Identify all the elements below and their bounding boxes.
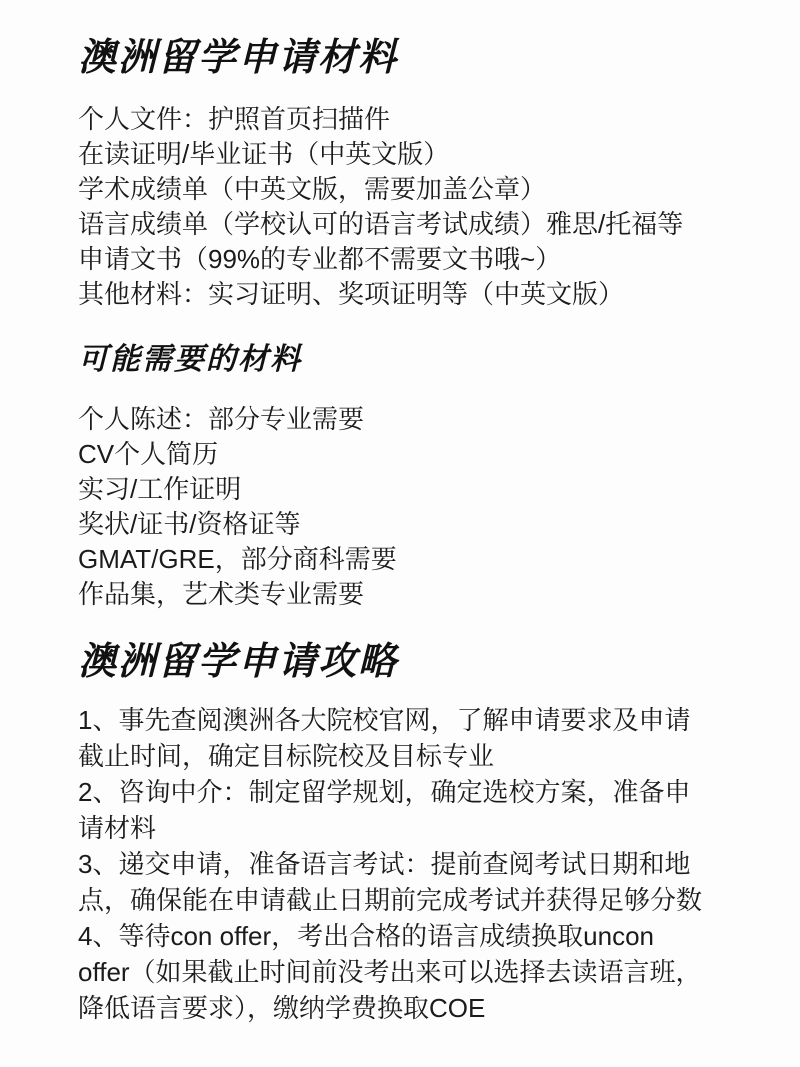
list-item: GMAT/GRE，部分商科需要 <box>78 542 718 577</box>
list-item: 在读证明/毕业证书（中英文版） <box>78 137 718 172</box>
list-item: 实习/工作证明 <box>78 472 718 507</box>
application-guide-steps: 1、事先查阅澳洲各大院校官网，了解申请要求及申请截止时间，确定目标院校及目标专业… <box>78 702 712 1026</box>
possible-materials-list: 个人陈述：部分专业需要 CV个人简历 实习/工作证明 奖状/证书/资格证等 GM… <box>78 402 718 612</box>
guide-step: 3、递交申请，准备语言考试：提前查阅考试日期和地点，确保能在申请截止日期前完成考… <box>78 846 712 918</box>
list-item: 个人陈述：部分专业需要 <box>78 402 718 437</box>
guide-step: 2、咨询中介：制定留学规划，确定选校方案，准备申请材料 <box>78 774 712 846</box>
list-item: 其他材料：实习证明、奖项证明等（中英文版） <box>78 277 718 312</box>
list-item: 申请文书（99%的专业都不需要文书哦~） <box>78 242 718 277</box>
document-page: 澳洲留学申请材料 个人文件：护照首页扫描件 在读证明/毕业证书（中英文版） 学术… <box>0 0 800 1067</box>
list-item: 学术成绩单（中英文版，需要加盖公章） <box>78 172 718 207</box>
list-item: 奖状/证书/资格证等 <box>78 507 718 542</box>
guide-step: 4、等待con offer，考出合格的语言成绩换取uncon offer（如果截… <box>78 918 712 1026</box>
list-item: CV个人简历 <box>78 437 718 472</box>
section-heading-possible-materials: 可能需要的材料 <box>78 342 760 378</box>
list-item: 语言成绩单（学校认可的语言考试成绩）雅思/托福等 <box>78 207 718 242</box>
section-heading-application-materials: 澳洲留学申请材料 <box>78 36 760 80</box>
application-materials-list: 个人文件：护照首页扫描件 在读证明/毕业证书（中英文版） 学术成绩单（中英文版，… <box>78 102 718 312</box>
list-item: 作品集，艺术类专业需要 <box>78 577 718 612</box>
list-item: 个人文件：护照首页扫描件 <box>78 102 718 137</box>
section-heading-application-guide: 澳洲留学申请攻略 <box>78 640 760 684</box>
guide-step: 1、事先查阅澳洲各大院校官网，了解申请要求及申请截止时间，确定目标院校及目标专业 <box>78 702 712 774</box>
